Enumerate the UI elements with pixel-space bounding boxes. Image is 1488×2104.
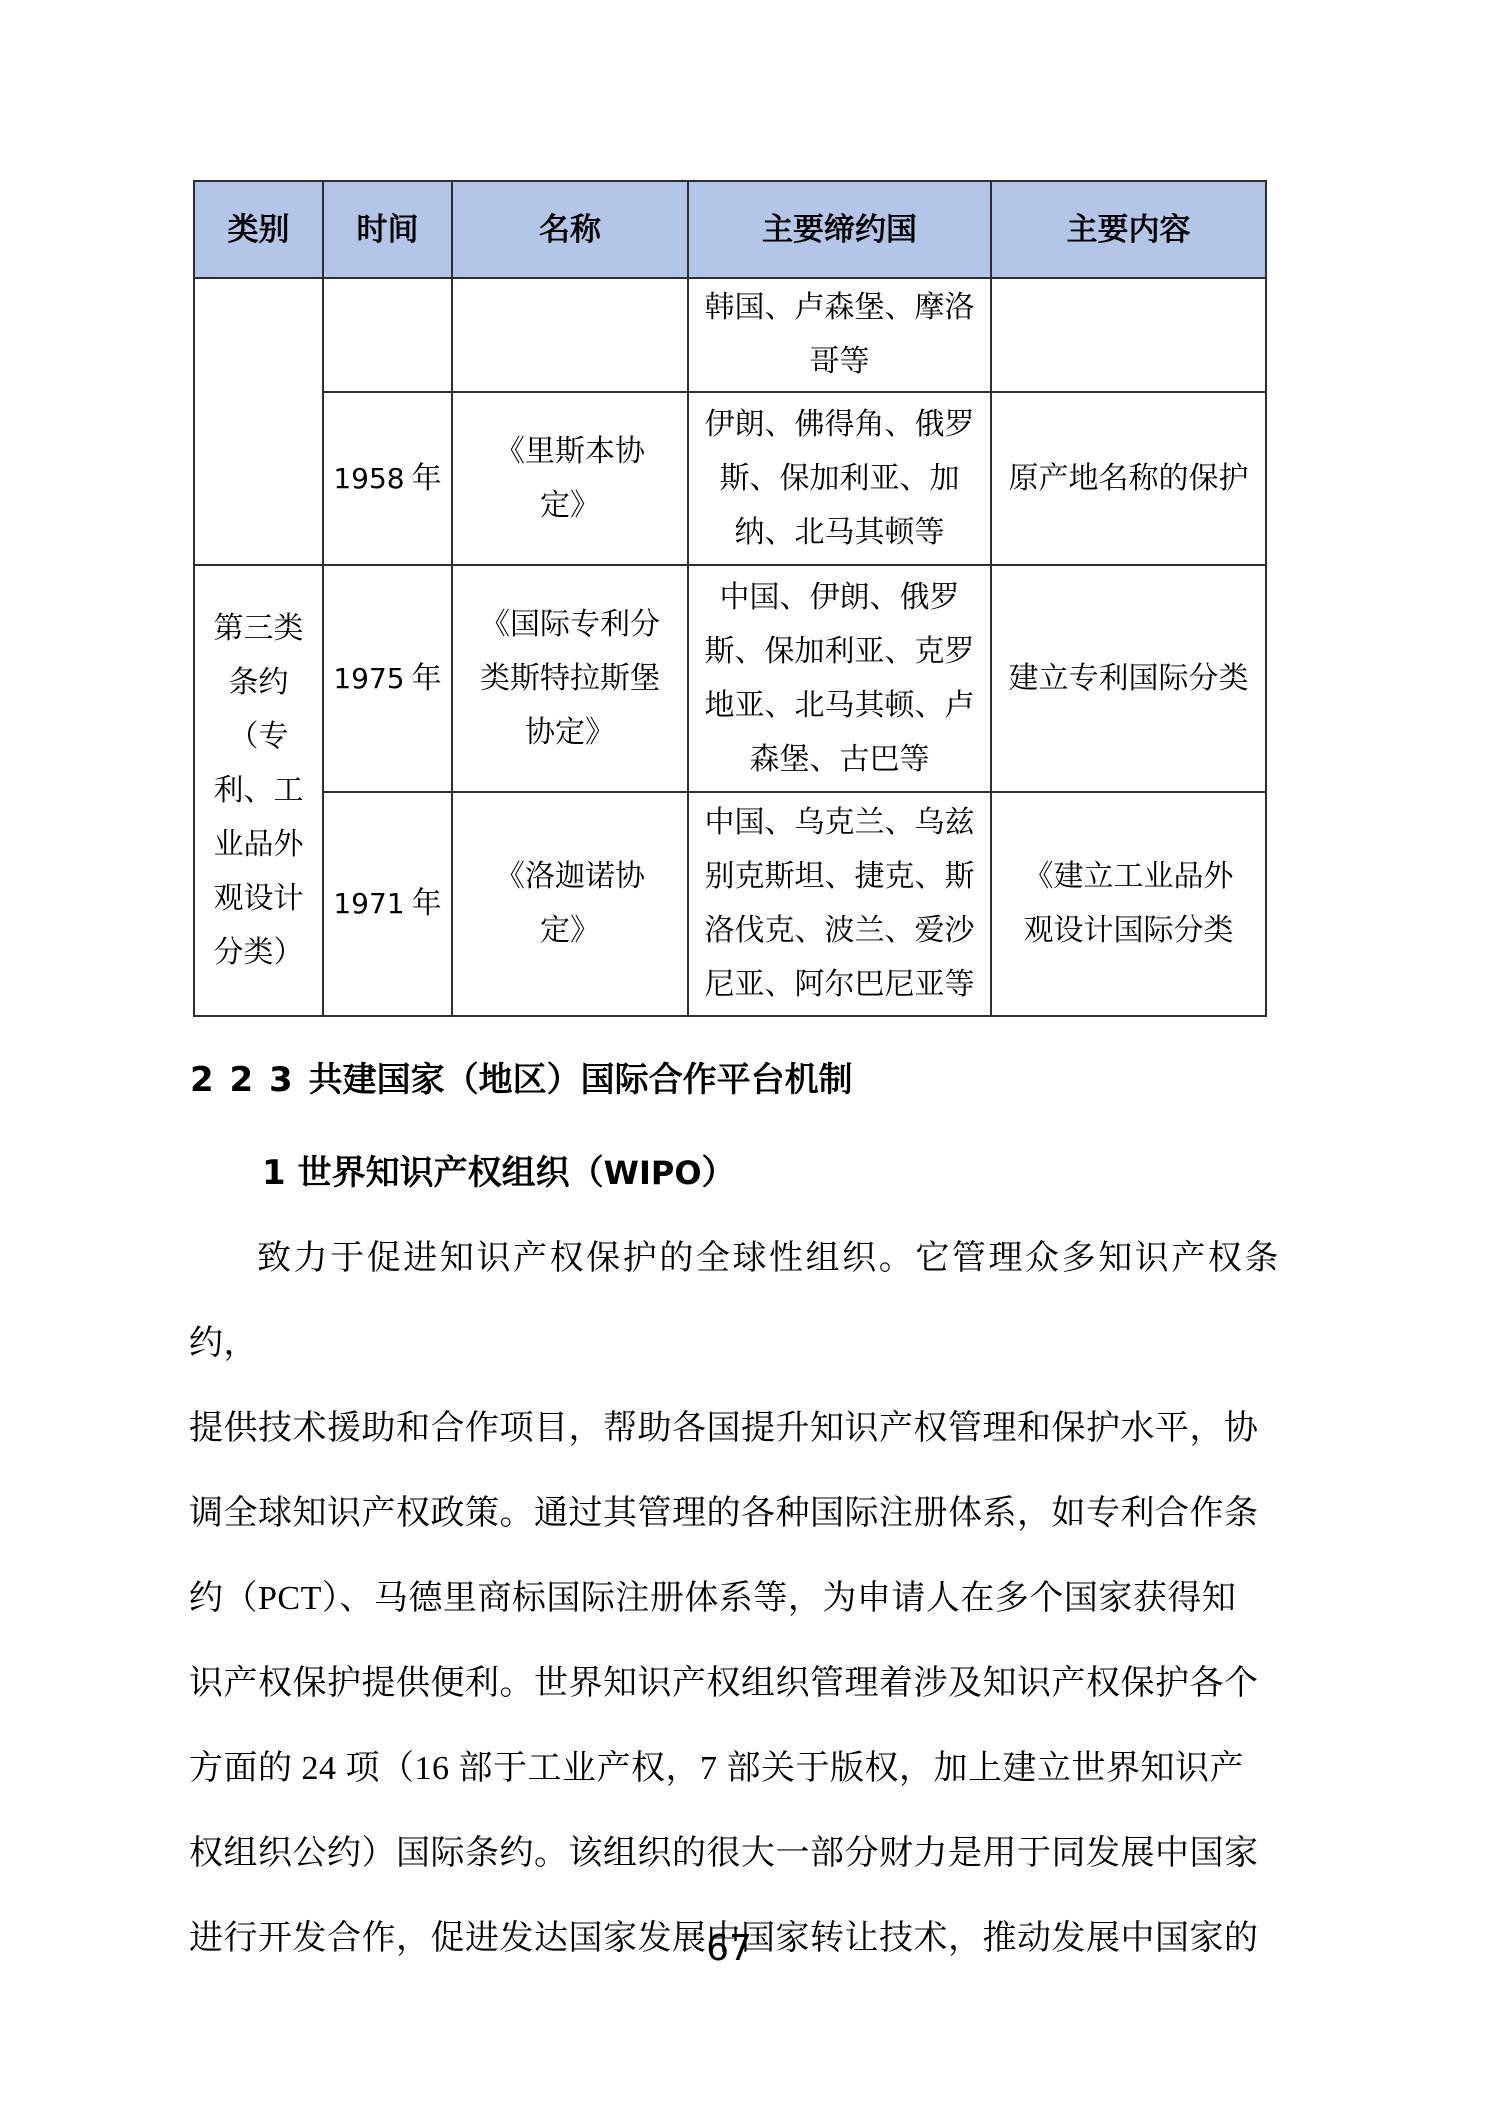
year-cell <box>323 278 452 392</box>
treaty-name-cell: 《里斯本协 定》 <box>452 392 688 565</box>
section-title-text: 共建国家（地区）国际合作平台机制 <box>309 1062 853 1099</box>
table-header-row: 类别 时间 名称 主要缔约国 主要内容 <box>194 181 1266 278</box>
page-number: 67 <box>0 1928 1458 1969</box>
year-unit: 年 <box>412 887 442 920</box>
subsection-title-post: ） <box>702 1155 736 1192</box>
column-header-content: 主要内容 <box>991 181 1266 278</box>
year-unit: 年 <box>412 662 442 695</box>
table-row: 韩国、卢森堡、摩洛 哥等 <box>194 278 1266 392</box>
countries-cell: 伊朗、佛得角、俄罗 斯、保加利亚、加 纳、北马其顿等 <box>688 392 991 565</box>
year-cell: 1975年 <box>323 565 452 792</box>
treaty-name-cell <box>452 278 688 392</box>
column-header-time: 时间 <box>323 181 452 278</box>
year-unit: 年 <box>412 462 442 495</box>
category-cell-blank <box>194 278 323 565</box>
column-header-category: 类别 <box>194 181 323 278</box>
table-row: 1971年 《洛迦诺协 定》 中国、乌克兰、乌兹 别克斯坦、捷克、斯 洛伐克、波… <box>194 792 1266 1016</box>
year-number: 1958 <box>333 462 404 495</box>
body-paragraph: 致力于促进知识产权保护的全球性组织。它管理众多知识产权条约， 提供技术援助和合作… <box>189 1216 1279 1981</box>
year-cell: 1958年 <box>323 392 452 565</box>
year-cell: 1971年 <box>323 792 452 1016</box>
content-cell: 原产地名称的保护 <box>991 392 1266 565</box>
content-cell: 建立专利国际分类 <box>991 565 1266 792</box>
treaty-name-cell: 《国际专利分 类斯特拉斯堡 协定》 <box>452 565 688 792</box>
table-row: 第三类 条约 （专 利、工 业品外 观设计 分类） 1975年 《国际专利分 类… <box>194 565 1266 792</box>
section-number: 2 2 3 <box>190 1060 295 1100</box>
year-number: 1971 <box>333 887 404 920</box>
column-header-name: 名称 <box>452 181 688 278</box>
subsection-acronym: WIPO <box>604 1154 702 1192</box>
subsection-heading: 1世界知识产权组织（WIPO） <box>262 1145 736 1194</box>
column-header-countries: 主要缔约国 <box>688 181 991 278</box>
treaty-name-cell: 《洛迦诺协 定》 <box>452 792 688 1016</box>
subsection-number: 1 <box>262 1153 286 1193</box>
category-cell: 第三类 条约 （专 利、工 业品外 观设计 分类） <box>194 565 323 1016</box>
table-row: 1958年 《里斯本协 定》 伊朗、佛得角、俄罗 斯、保加利亚、加 纳、北马其顿… <box>194 392 1266 565</box>
subsection-title-pre: 世界知识产权组织（ <box>298 1155 604 1192</box>
countries-cell: 中国、乌克兰、乌兹 别克斯坦、捷克、斯 洛伐克、波兰、爱沙 尼亚、阿尔巴尼亚等 <box>688 792 991 1016</box>
content-cell: 《建立工业品外 观设计国际分类 <box>991 792 1266 1016</box>
countries-cell: 韩国、卢森堡、摩洛 哥等 <box>688 278 991 392</box>
treaty-table: 类别 时间 名称 主要缔约国 主要内容 韩国、卢森堡、摩洛 哥等 1958年 《… <box>193 180 1267 1017</box>
section-heading: 2 2 3共建国家（地区）国际合作平台机制 <box>190 1052 853 1101</box>
countries-cell: 中国、伊朗、俄罗 斯、保加利亚、克罗 地亚、北马其顿、卢 森堡、古巴等 <box>688 565 991 792</box>
content-cell <box>991 278 1266 392</box>
year-number: 1975 <box>333 662 404 695</box>
